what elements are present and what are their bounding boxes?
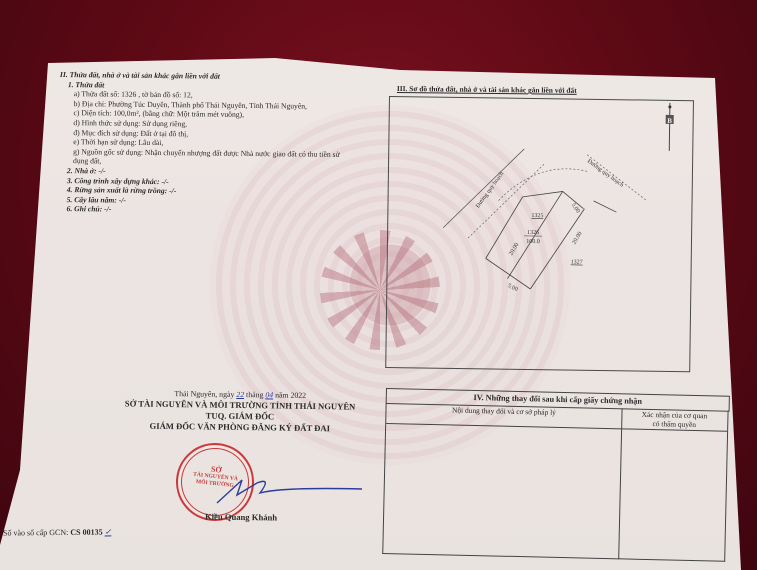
registry-number: Số vào sổ cấp GCN: CS 00135 ✓: [3, 527, 111, 537]
handwritten-signature: [212, 475, 362, 505]
north-arrow-icon: [669, 103, 670, 151]
authority-confirmation-column: Xác nhận của cơ quan có thẩm quyền: [618, 408, 728, 561]
parcel-1326-label: 1326: [527, 230, 539, 236]
issue-month: 04: [265, 390, 273, 399]
certificate-photo: II. Thửa đất, nhà ở và tài sản khác gắn …: [0, 0, 757, 570]
changes-content-column: Nội dung thay đổi và cơ sở pháp lý: [382, 403, 622, 559]
authority-confirmation-header: Xác nhận của cơ quan có thẩm quyền: [621, 408, 727, 431]
signer-name: Kiều Quang Khánh: [205, 511, 277, 522]
parcel-map: B Đường quy hoạch Đường quy hoạch 1325 1…: [386, 97, 693, 371]
north-label: B: [667, 117, 672, 125]
registry-code: CS 00135: [70, 528, 102, 537]
dim-top-label: 5.00: [570, 202, 581, 214]
section-4-changes-table: IV. Những thay đổi sau khi cấp giấy chứn…: [382, 388, 728, 566]
dim-left-label: 20.00: [508, 242, 520, 257]
road-label-right: Đường quy hoạch: [586, 159, 624, 189]
road-label-left: Đường quy hoạch: [475, 171, 505, 209]
dim-right-label: 20.00: [572, 231, 584, 246]
registry-initial: ✓: [105, 527, 112, 536]
section-2-land-info: II. Thửa đất, nhà ở và tài sản khác gắn …: [58, 70, 340, 217]
parcel-1325-label: 1325: [531, 213, 543, 219]
dim-bottom-label: 5.00: [506, 283, 518, 293]
issue-day: 22: [236, 390, 244, 399]
parcel-area-label: 100.0: [526, 239, 540, 245]
section-3-title: III. Sơ đồ thửa đất, nhà ở và tài sản kh…: [397, 84, 577, 95]
changes-content-header: Nội dung thay đổi và cơ sở pháp lý: [386, 403, 621, 429]
signature-block: Thái Nguyên, ngày 22 tháng 04 năm 2022 S…: [90, 388, 391, 435]
parcel-1327-label: 1327: [571, 260, 583, 266]
parcel-diagram: B Đường quy hoạch Đường quy hoạch 1325 1…: [385, 96, 694, 372]
